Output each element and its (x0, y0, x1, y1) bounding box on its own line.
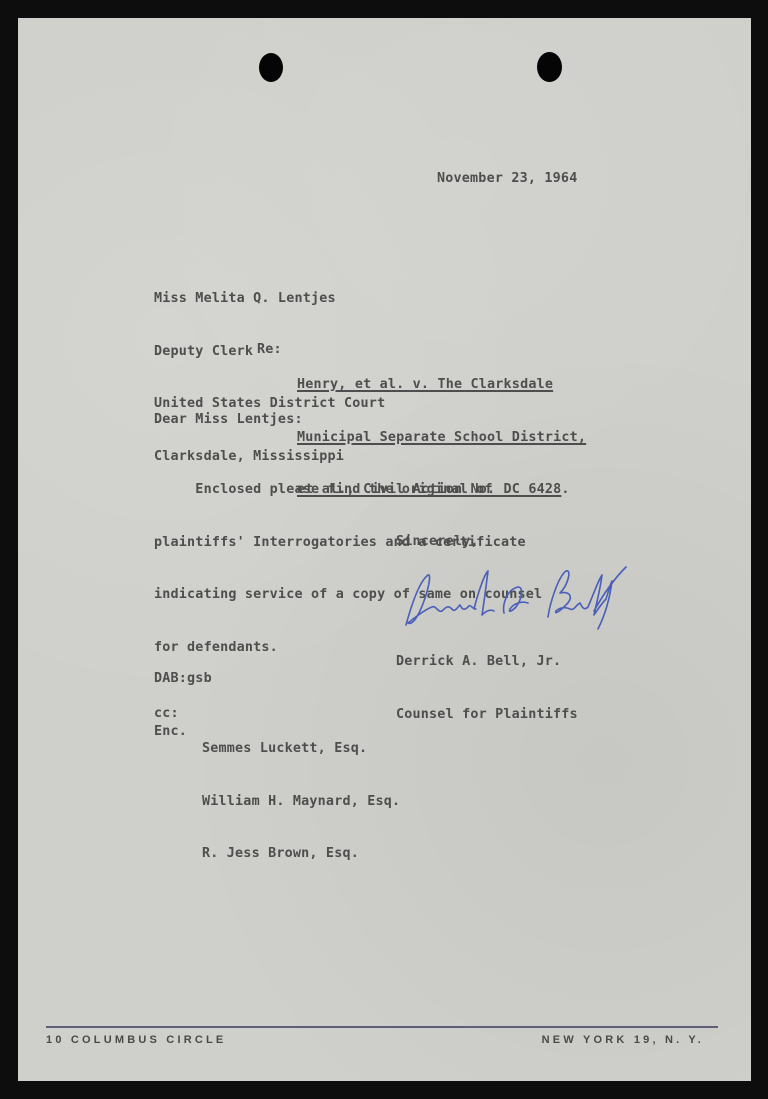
typist-initials: DAB:gsb (154, 670, 212, 688)
cc-recipient: R. Jess Brown, Esq. (202, 845, 400, 863)
re-line: Municipal Separate School District, (297, 430, 586, 445)
recipient-line: Miss Melita Q. Lentjes (154, 290, 385, 308)
signer-name: Derrick A. Bell, Jr. (396, 653, 578, 671)
signer-title: Counsel for Plaintiffs (396, 706, 578, 724)
body-line: Enclosed please find the original of (154, 481, 542, 499)
re-label: Re: (257, 341, 282, 359)
body-line: plaintiffs' Interrogatories and a certif… (154, 534, 542, 552)
closing: Sincerely, (396, 533, 479, 551)
signer-block: Derrick A. Bell, Jr. Counsel for Plainti… (396, 618, 578, 758)
re-end-punct: . (561, 482, 569, 497)
cc-list: Semmes Luckett, Esq. William H. Maynard,… (202, 705, 400, 898)
cc-recipient: Semmes Luckett, Esq. (202, 740, 400, 758)
cc-label: cc: (154, 705, 179, 723)
letter-date: November 23, 1964 (437, 170, 577, 188)
letterhead-address: 10 COLUMBUS CIRCLE (46, 1034, 226, 1046)
letter-page: November 23, 1964 Miss Melita Q. Lentjes… (18, 18, 751, 1081)
cc-recipient: William H. Maynard, Esq. (202, 793, 400, 811)
punch-hole-right (537, 52, 562, 82)
re-line: Henry, et al. v. The Clarksdale (297, 377, 553, 392)
punch-hole-left (259, 53, 283, 82)
salutation: Dear Miss Lentjes: (154, 411, 303, 429)
letterhead-rule (46, 1026, 718, 1028)
letterhead-city: NEW YORK 19, N. Y. (542, 1034, 704, 1046)
